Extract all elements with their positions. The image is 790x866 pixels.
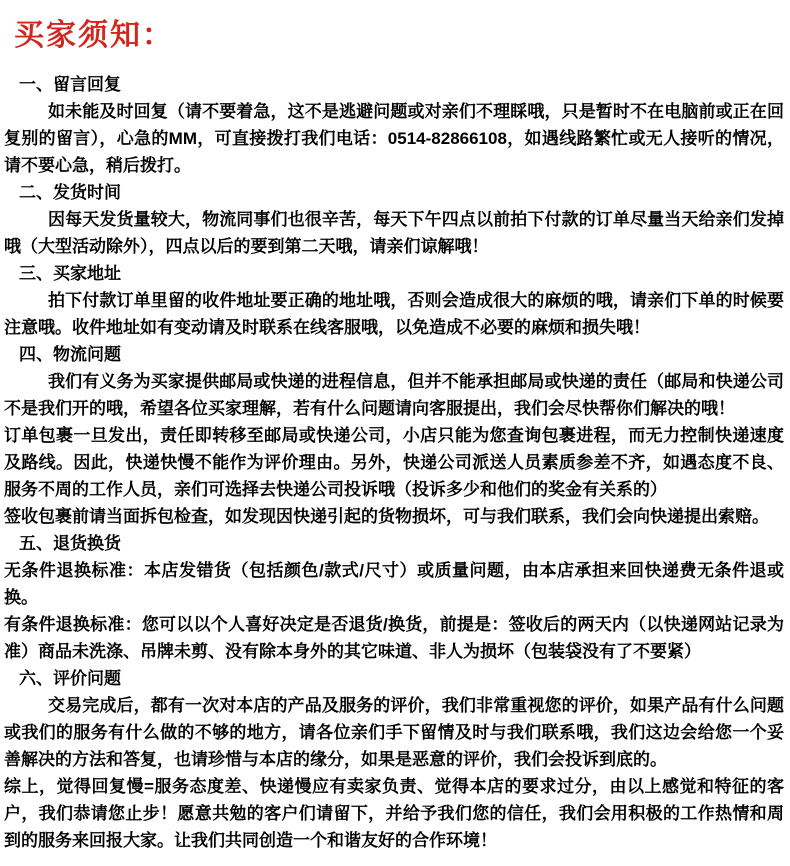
notice-section: 三、买家地址 拍下付款订单里留的收件地址要正确的地址哦，否则会造成很大的麻烦的哦…	[4, 260, 784, 341]
notice-section: 一、留言回复 如未能及时回复（请不要着急，这不是逃避问题或对亲们不理睬哦，只是暂…	[4, 71, 784, 179]
section-paragraph: 我们有义务为买家提供邮局或快递的进程信息，但并不能承担邮局或快递的责任（邮局和快…	[4, 368, 784, 422]
notice-section: 六、评价问题 交易完成后，都有一次对本店的产品及服务的评价，我们非常重视您的评价…	[4, 665, 784, 854]
section-heading: 一、留言回复	[19, 71, 784, 98]
section-paragraph: 综上，觉得回复慢=服务态度差、快递慢应有卖家负责、觉得本店的要求过分，由以上感觉…	[4, 773, 784, 854]
section-paragraphs: 无条件退换标准：本店发错货（包括颜色/款式/尺寸）或质量问题，由本店承担来回快递…	[4, 557, 784, 665]
section-heading: 六、评价问题	[19, 665, 784, 692]
page-title: 买家须知：	[14, 16, 784, 56]
section-heading: 四、物流问题	[19, 341, 784, 368]
sections: 一、留言回复 如未能及时回复（请不要着急，这不是逃避问题或对亲们不理睬哦，只是暂…	[4, 71, 784, 854]
section-paragraph: 拍下付款订单里留的收件地址要正确的地址哦，否则会造成很大的麻烦的哦，请亲们下单的…	[4, 287, 784, 341]
section-paragraphs: 交易完成后，都有一次对本店的产品及服务的评价，我们非常重视您的评价，如果产品有什…	[4, 692, 784, 854]
buyer-notice-document: 买家须知： 一、留言回复 如未能及时回复（请不要着急，这不是逃避问题或对亲们不理…	[0, 0, 790, 866]
notice-section: 二、发货时间 因每天发货量较大，物流同事们也很辛苦，每天下午四点以前拍下付款的订…	[4, 179, 784, 260]
section-paragraph: 签收包裹前请当面拆包检查，如发现因快递引起的货物损坏，可与我们联系，我们会向快递…	[4, 503, 784, 530]
section-paragraphs: 拍下付款订单里留的收件地址要正确的地址哦，否则会造成很大的麻烦的哦，请亲们下单的…	[4, 287, 784, 341]
section-paragraph: 订单包裹一旦发出，责任即转移至邮局或快递公司，小店只能为您查询包裹进程，而无力控…	[4, 422, 784, 503]
section-heading: 二、发货时间	[19, 179, 784, 206]
section-paragraph: 如未能及时回复（请不要着急，这不是逃避问题或对亲们不理睬哦，只是暂时不在电脑前或…	[4, 98, 784, 179]
section-paragraph: 无条件退换标准：本店发错货（包括颜色/款式/尺寸）或质量问题，由本店承担来回快递…	[4, 557, 784, 611]
section-heading: 三、买家地址	[19, 260, 784, 287]
notice-section: 五、退货换货 无条件退换标准：本店发错货（包括颜色/款式/尺寸）或质量问题，由本…	[4, 530, 784, 665]
section-paragraphs: 如未能及时回复（请不要着急，这不是逃避问题或对亲们不理睬哦，只是暂时不在电脑前或…	[4, 98, 784, 179]
section-heading: 五、退货换货	[19, 530, 784, 557]
section-paragraph: 因每天发货量较大，物流同事们也很辛苦，每天下午四点以前拍下付款的订单尽量当天给亲…	[4, 206, 784, 260]
notice-section: 四、物流问题 我们有义务为买家提供邮局或快递的进程信息，但并不能承担邮局或快递的…	[4, 341, 784, 530]
section-paragraph: 交易完成后，都有一次对本店的产品及服务的评价，我们非常重视您的评价，如果产品有什…	[4, 692, 784, 773]
section-paragraphs: 我们有义务为买家提供邮局或快递的进程信息，但并不能承担邮局或快递的责任（邮局和快…	[4, 368, 784, 530]
section-paragraph: 有条件退换标准：您可以以个人喜好决定是否退货/换货，前提是：签收后的两天内（以快…	[4, 611, 784, 665]
section-paragraphs: 因每天发货量较大，物流同事们也很辛苦，每天下午四点以前拍下付款的订单尽量当天给亲…	[4, 206, 784, 260]
